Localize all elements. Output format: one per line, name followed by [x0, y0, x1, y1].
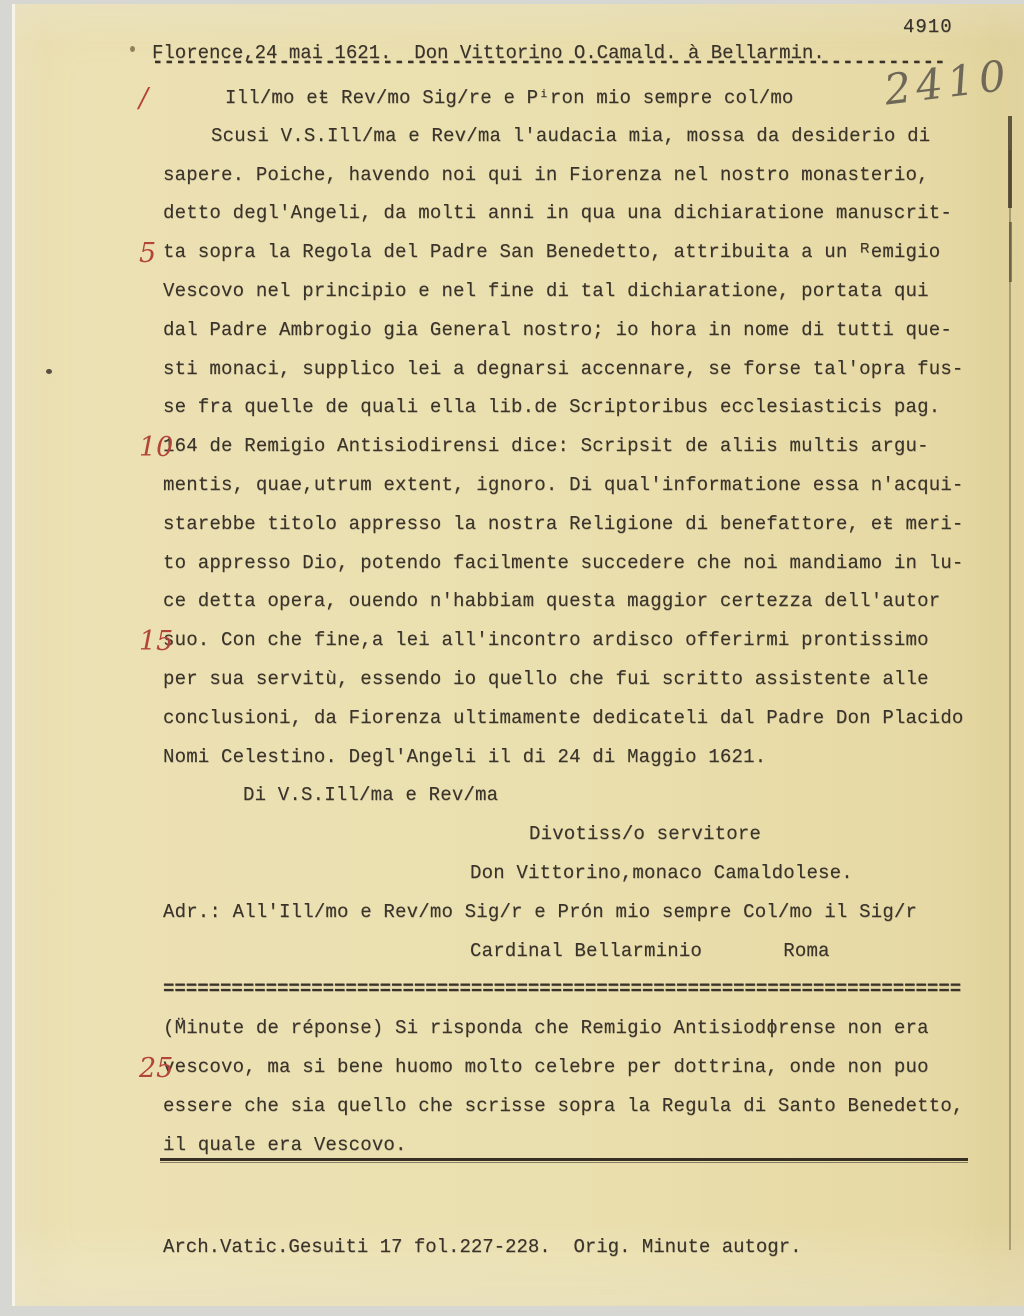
- bottom-rule: [160, 1158, 968, 1164]
- source-citation: Arch.Vatic.Gesuiti 17 fol.227-228. Orig.…: [163, 1236, 802, 1258]
- letter-line: 20Divotiss/o servitore: [163, 823, 983, 862]
- letter-line-text: 164 de Remigio Antisiodirensi dice: Scri…: [163, 435, 929, 457]
- letter-line-text: se fra quelle de quali ella lib.de Scrip…: [163, 396, 940, 418]
- letter-line-text: il quale era Vescovo.: [163, 1134, 407, 1156]
- letter-line: Don Vittorino,monaco Camaldolese.: [163, 862, 983, 901]
- letter-line: Scusi V.S.Ill/ma e Rev/ma l'audacia mia,…: [163, 125, 983, 164]
- page-edge-mark: [1009, 222, 1012, 282]
- letter-line-text: starebbe titolo appresso la nostra Relig…: [163, 513, 964, 535]
- letter-line: starebbe titolo appresso la nostra Relig…: [163, 513, 983, 552]
- paper-speck: [46, 369, 52, 374]
- separator-line: ========================================…: [163, 978, 961, 1000]
- letter-line-text: suo. Con che fine,a lei all'incontro ard…: [163, 629, 929, 651]
- letter-line: conclusioni, da Fiorenza ultimamente ded…: [163, 707, 983, 746]
- letter-line: sapere. Poiche, havendo noi qui in Fiore…: [163, 164, 983, 203]
- letter-line: se fra quelle de quali ella lib.de Scrip…: [163, 396, 983, 435]
- letter-line-text: (M̈inute de réponse) Si risponda che Rem…: [163, 1017, 929, 1039]
- margin-line-number: 10: [139, 432, 173, 463]
- margin-line-number: 5: [139, 238, 156, 269]
- letter-line: sti monaci, supplico lei a degnarsi acce…: [163, 358, 983, 397]
- letter-line-text: Scusi V.S.Ill/ma e Rev/ma l'audacia mia,…: [211, 125, 930, 147]
- letter-line-text: Don Vittorino,monaco Camaldolese.: [470, 862, 853, 884]
- letter-line: ce detta opera, ouendo n'habbiam questa …: [163, 590, 983, 629]
- heading-underline: ----------------------------------------…: [152, 51, 946, 73]
- scan-background: { "document": { "archive_page_number": "…: [0, 0, 1024, 1316]
- letter-line: 10164 de Remigio Antisiodirensi dice: Sc…: [163, 435, 983, 474]
- separator-row: ========================================…: [163, 978, 983, 1017]
- letter-line: to appresso Dio, potendo facilmente succ…: [163, 552, 983, 591]
- letter-line-text: Vescovo nel principio e nel fine di tal …: [163, 280, 929, 302]
- letter-line: 15suo. Con che fine,a lei all'incontro a…: [163, 629, 983, 668]
- letter-line-text: Divotiss/o servitore: [529, 823, 761, 845]
- letter-line-text: dal Padre Ambrogio gia General nostro; i…: [163, 319, 952, 341]
- letter-line: Nomi Celestino. Degl'Angeli il di 24 di …: [163, 746, 983, 785]
- letter-line: dal Padre Ambrogio gia General nostro; i…: [163, 319, 983, 358]
- letter-line-text: Adr.: All'Ill/mo e Rev/mo Sig/r e Prón m…: [163, 901, 917, 923]
- minute-line: il quale era Vescovo.: [163, 1134, 983, 1173]
- page-edge-mark: [1008, 116, 1012, 208]
- letter-line-text: conclusioni, da Fiorenza ultimamente ded…: [163, 707, 964, 729]
- letter-line-text: Di V.S.Ill/ma e Rev/ma: [243, 784, 498, 806]
- letter-line: /Ill/mo eŧ Rev/mo Sig/re e Pⁱron mio sem…: [163, 86, 983, 125]
- margin-line-number: /: [139, 83, 148, 114]
- letter-line-text: vescovo, ma si bene huomo molto celebre …: [163, 1056, 929, 1078]
- letter-line-text: Cardinal Bellarminio Roma: [470, 940, 830, 962]
- letter-line-text: Ill/mo eŧ Rev/mo Sig/re e Pⁱron mio semp…: [225, 87, 794, 109]
- minute-line: (M̈inute de réponse) Si risponda che Rem…: [163, 1017, 983, 1056]
- letter-line-text: sapere. Poiche, havendo noi qui in Fiore…: [163, 164, 929, 186]
- minute-line: essere che sia quello che scrisse sopra …: [163, 1095, 983, 1134]
- letter-line-text: to appresso Dio, potendo facilmente succ…: [163, 552, 964, 574]
- letter-line-text: ta sopra la Regola del Padre San Benedet…: [163, 241, 940, 263]
- address-line: Cardinal Bellarminio Roma: [163, 940, 983, 979]
- page-edge-shadow: [1009, 150, 1011, 1250]
- letter-line: Di V.S.Ill/ma e Rev/ma: [163, 784, 983, 823]
- letter-line: per sua servitù, essendo io quello che f…: [163, 668, 983, 707]
- address-line: Adr.: All'Ill/mo e Rev/mo Sig/r e Prón m…: [163, 901, 983, 940]
- paper-speck: [130, 46, 135, 52]
- letter-line-text: Nomi Celestino. Degl'Angeli il di 24 di …: [163, 746, 766, 768]
- letter-body: /Ill/mo eŧ Rev/mo Sig/re e Pⁱron mio sem…: [163, 86, 983, 1172]
- letter-line-text: essere che sia quello che scrisse sopra …: [163, 1095, 964, 1117]
- letter-line-text: sti monaci, supplico lei a degnarsi acce…: [163, 358, 964, 380]
- archive-page-number: 4910: [903, 16, 953, 38]
- letter-line-text: mentis, quae,utrum extent, ignoro. Di qu…: [163, 474, 964, 496]
- letter-line: Vescovo nel principio e nel fine di tal …: [163, 280, 983, 319]
- margin-line-number: 15: [139, 626, 173, 657]
- letter-line: detto degl'Angeli, da molti anni in qua …: [163, 202, 983, 241]
- letter-line-text: detto degl'Angeli, da molti anni in qua …: [163, 202, 952, 224]
- letter-line-text: per sua servitù, essendo io quello che f…: [163, 668, 929, 690]
- minute-line: 25vescovo, ma si bene huomo molto celebr…: [163, 1056, 983, 1095]
- margin-line-number: 25: [139, 1053, 173, 1084]
- letter-line: mentis, quae,utrum extent, ignoro. Di qu…: [163, 474, 983, 513]
- letter-line: 5ta sopra la Regola del Padre San Benede…: [163, 241, 983, 280]
- letter-line-text: ce detta opera, ouendo n'habbiam questa …: [163, 590, 940, 612]
